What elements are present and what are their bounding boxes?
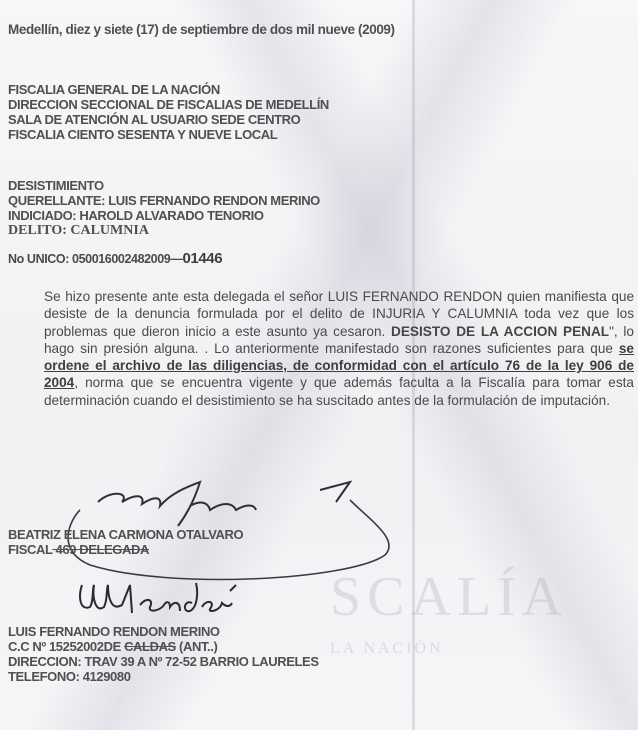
querellante-city-struck: CALDAS bbox=[124, 639, 176, 654]
signatory-fiscal: BEATRIZ ELENA CARMONA OTALVARO FISCAL 46… bbox=[8, 527, 243, 557]
case-type: DESISTIMIENTO bbox=[8, 178, 320, 193]
fiscal-title: FISCAL 469 DELEGADA bbox=[8, 542, 243, 557]
institution-line: DIRECCION SECCIONAL DE FISCALIAS DE MEDE… bbox=[8, 97, 329, 112]
institution-header: FISCALIA GENERAL DE LA NACIÓN DIRECCION … bbox=[8, 82, 329, 142]
body-text-part3: , norma que se encuentra vigente y que a… bbox=[44, 375, 634, 407]
fiscal-name: BEATRIZ ELENA CARMONA OTALVARO bbox=[8, 527, 243, 542]
indiciado: INDICIADO: HAROLD ALVARADO TENORIO bbox=[8, 208, 320, 223]
institution-line: FISCALIA CIENTO SESENTA Y NUEVE LOCAL bbox=[8, 127, 329, 142]
case-info: DESISTIMIENTO QUERELLANTE: LUIS FERNANDO… bbox=[8, 178, 320, 238]
querellante-id: C.C Nº 15252002DE CALDAS (ANT..) bbox=[8, 639, 319, 654]
signature-querellante bbox=[70, 577, 250, 625]
case-number-separator: — bbox=[170, 252, 182, 266]
body-paragraph: Se hizo presente ante esta delegada el s… bbox=[44, 288, 634, 409]
delito: DELITO: CALUMNIA bbox=[8, 223, 320, 238]
querellante-address: DIRECCION: TRAV 39 A Nº 72-52 BARRIO LAU… bbox=[8, 654, 319, 669]
signatory-querellante: LUIS FERNANDO RENDON MERINO C.C Nº 15252… bbox=[8, 624, 319, 684]
querellante: QUERELLANTE: LUIS FERNANDO RENDON MERINO bbox=[8, 193, 320, 208]
institution-line: FISCALIA GENERAL DE LA NACIÓN bbox=[8, 82, 329, 97]
body-emphasis: DESISTO DE LA ACCION PENAL bbox=[391, 324, 609, 339]
case-number-label: No UNICO: 050016002482009 bbox=[8, 252, 170, 266]
date-line: Medellín, diez y siete (17) de septiembr… bbox=[8, 22, 395, 37]
case-number-suffix: 01446 bbox=[182, 250, 222, 267]
institution-line: SALA DE ATENCIÓN AL USUARIO SEDE CENTRO bbox=[8, 112, 329, 127]
case-number: No UNICO: 050016002482009—01446 bbox=[8, 250, 222, 267]
watermark-subtext: LA NACIÓN bbox=[330, 640, 444, 658]
querellante-name: LUIS FERNANDO RENDON MERINO bbox=[8, 624, 319, 639]
fiscal-title-struck: 469 DELEGADA bbox=[52, 542, 149, 557]
querellante-phone: TELEFONO: 4129080 bbox=[8, 669, 319, 684]
